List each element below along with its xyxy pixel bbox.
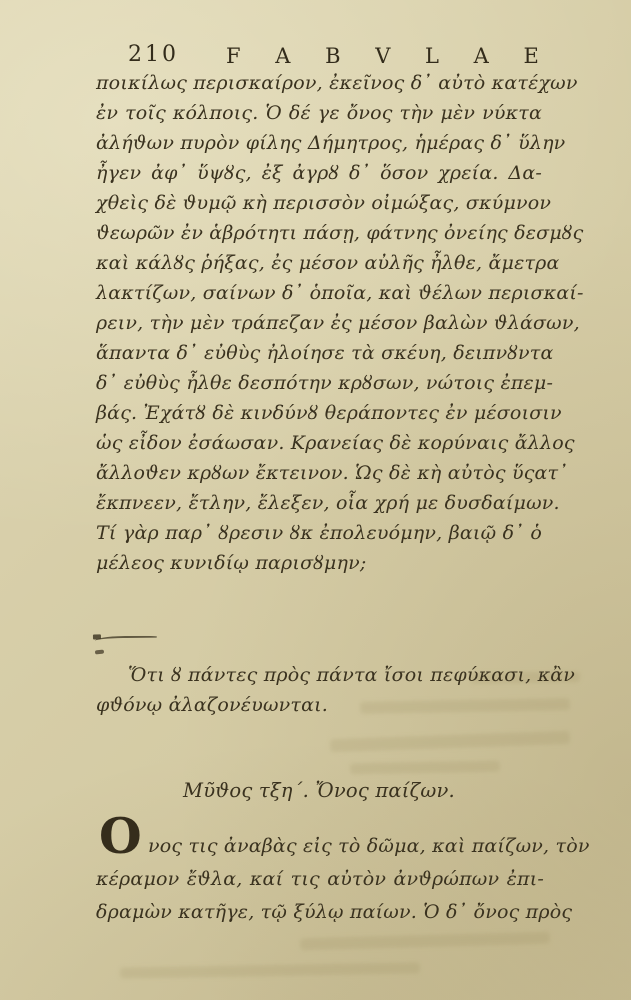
fable-line: νος τις ἀναβὰς εἰς τὸ δῶμα, καὶ παίζων, … bbox=[96, 830, 544, 863]
divider-squiggle-icon bbox=[95, 636, 157, 643]
moral-line: φϑόνῳ ἀλαζονέυωνται. bbox=[96, 690, 542, 720]
section-divider bbox=[95, 634, 165, 660]
verse-line: βάς. Ἐχάτȣ δὲ κινδύνȣ θεράποντες ἐν μέσο… bbox=[96, 398, 542, 428]
verse-line: ἦγεν ἀφ᾽ ὕψȣς, ἐξ ἀγρȣ δ᾽ ὅσον χρεία. Δα… bbox=[96, 158, 542, 188]
divider-tick-icon bbox=[95, 650, 104, 655]
moral-line: Ὅτι ȣ πάντες πρὸς πάντα ἴσοι πεφύκασι, κ… bbox=[96, 660, 542, 690]
verse-line: καὶ κάλȣς ῥήξας, ἐς μέσον αὐλῆς ἦλθε, ἄμ… bbox=[96, 248, 542, 278]
fable-heading: Μῦϑος τξη΄. Ὄνος παίζων. bbox=[96, 779, 542, 802]
verse-line: δ᾽ εὐθὺς ἦλθε δεσπότην κρȣσων, νώτοις ἐπ… bbox=[96, 368, 542, 398]
verse-line: ϑεωρῶν ἐν ἁβρότητι πάσῃ, φάτνης ὀνείης δ… bbox=[96, 218, 542, 248]
verse-line: ποικίλως περισκαίρον, ἐκεῖνος δ᾽ αὐτὸ κα… bbox=[96, 68, 542, 98]
page-number: 210 bbox=[128, 42, 179, 67]
page-title: F A B V L A E bbox=[226, 44, 553, 68]
verse-line: λακτίζων, σαίνων δ᾽ ὁποῖα, καὶ ϑέλων περ… bbox=[96, 278, 542, 308]
verse-block: ποικίλως περισκαίρον, ἐκεῖνος δ᾽ αὐτὸ κα… bbox=[96, 68, 542, 578]
verse-line: ἔκπνεεν, ἔτλην, ἔλεξεν, οἷα χρή με δυσδα… bbox=[96, 488, 542, 518]
verse-line: ρειν, τὴν μὲν τράπεζαν ἐς μέσον βαλὼν ϑλ… bbox=[96, 308, 542, 338]
verse-line: μέλεος κυνιδίῳ παρισȣμην; bbox=[96, 548, 542, 578]
verse-line: ἀλήϑων πυρὸν φίλης Δήμητρος, ἡμέρας δ᾽ ὕ… bbox=[96, 128, 542, 158]
moral-block: Ὅτι ȣ πάντες πρὸς πάντα ἴσοι πεφύκασι, κ… bbox=[96, 660, 542, 720]
fable-line: κέραμον ἔϑλα, καί τις αὐτὸν ἀνϑρώπων ἐπι… bbox=[96, 863, 544, 896]
fable-line: δραμὼν κατῆγε, τῷ ξύλῳ παίων. Ὁ δ᾽ ὄνος … bbox=[96, 896, 544, 929]
verse-line: χθεὶς δὲ ϑυμῷ κὴ περισσὸν οἰμώξας, σκύμν… bbox=[96, 188, 542, 218]
verse-line: ἄλλοϑεν κρȣων ἔκτεινον. Ὡς δὲ κὴ αὐτὸς ὕ… bbox=[96, 458, 542, 488]
verse-line: ἐν τοῖς κόλποις. Ὁ δέ γε ὄνος τὴν μὲν νύ… bbox=[96, 98, 542, 128]
verse-line: ὡς εἶδον ἐσάωσαν. Κρανείας δὲ κορύναις ἄ… bbox=[96, 428, 542, 458]
fable-paragraph: νος τις ἀναβὰς εἰς τὸ δῶμα, καὶ παίζων, … bbox=[96, 830, 544, 929]
verse-line: Τί γὰρ παρ᾽ ȣρεσιν ȣκ ἐπολευόμην, βαιῷ δ… bbox=[96, 518, 542, 548]
verse-line: ἅπαντα δ᾽ εὐθὺς ἠλοίησε τὰ σκέυη, δειπνȣ… bbox=[96, 338, 542, 368]
